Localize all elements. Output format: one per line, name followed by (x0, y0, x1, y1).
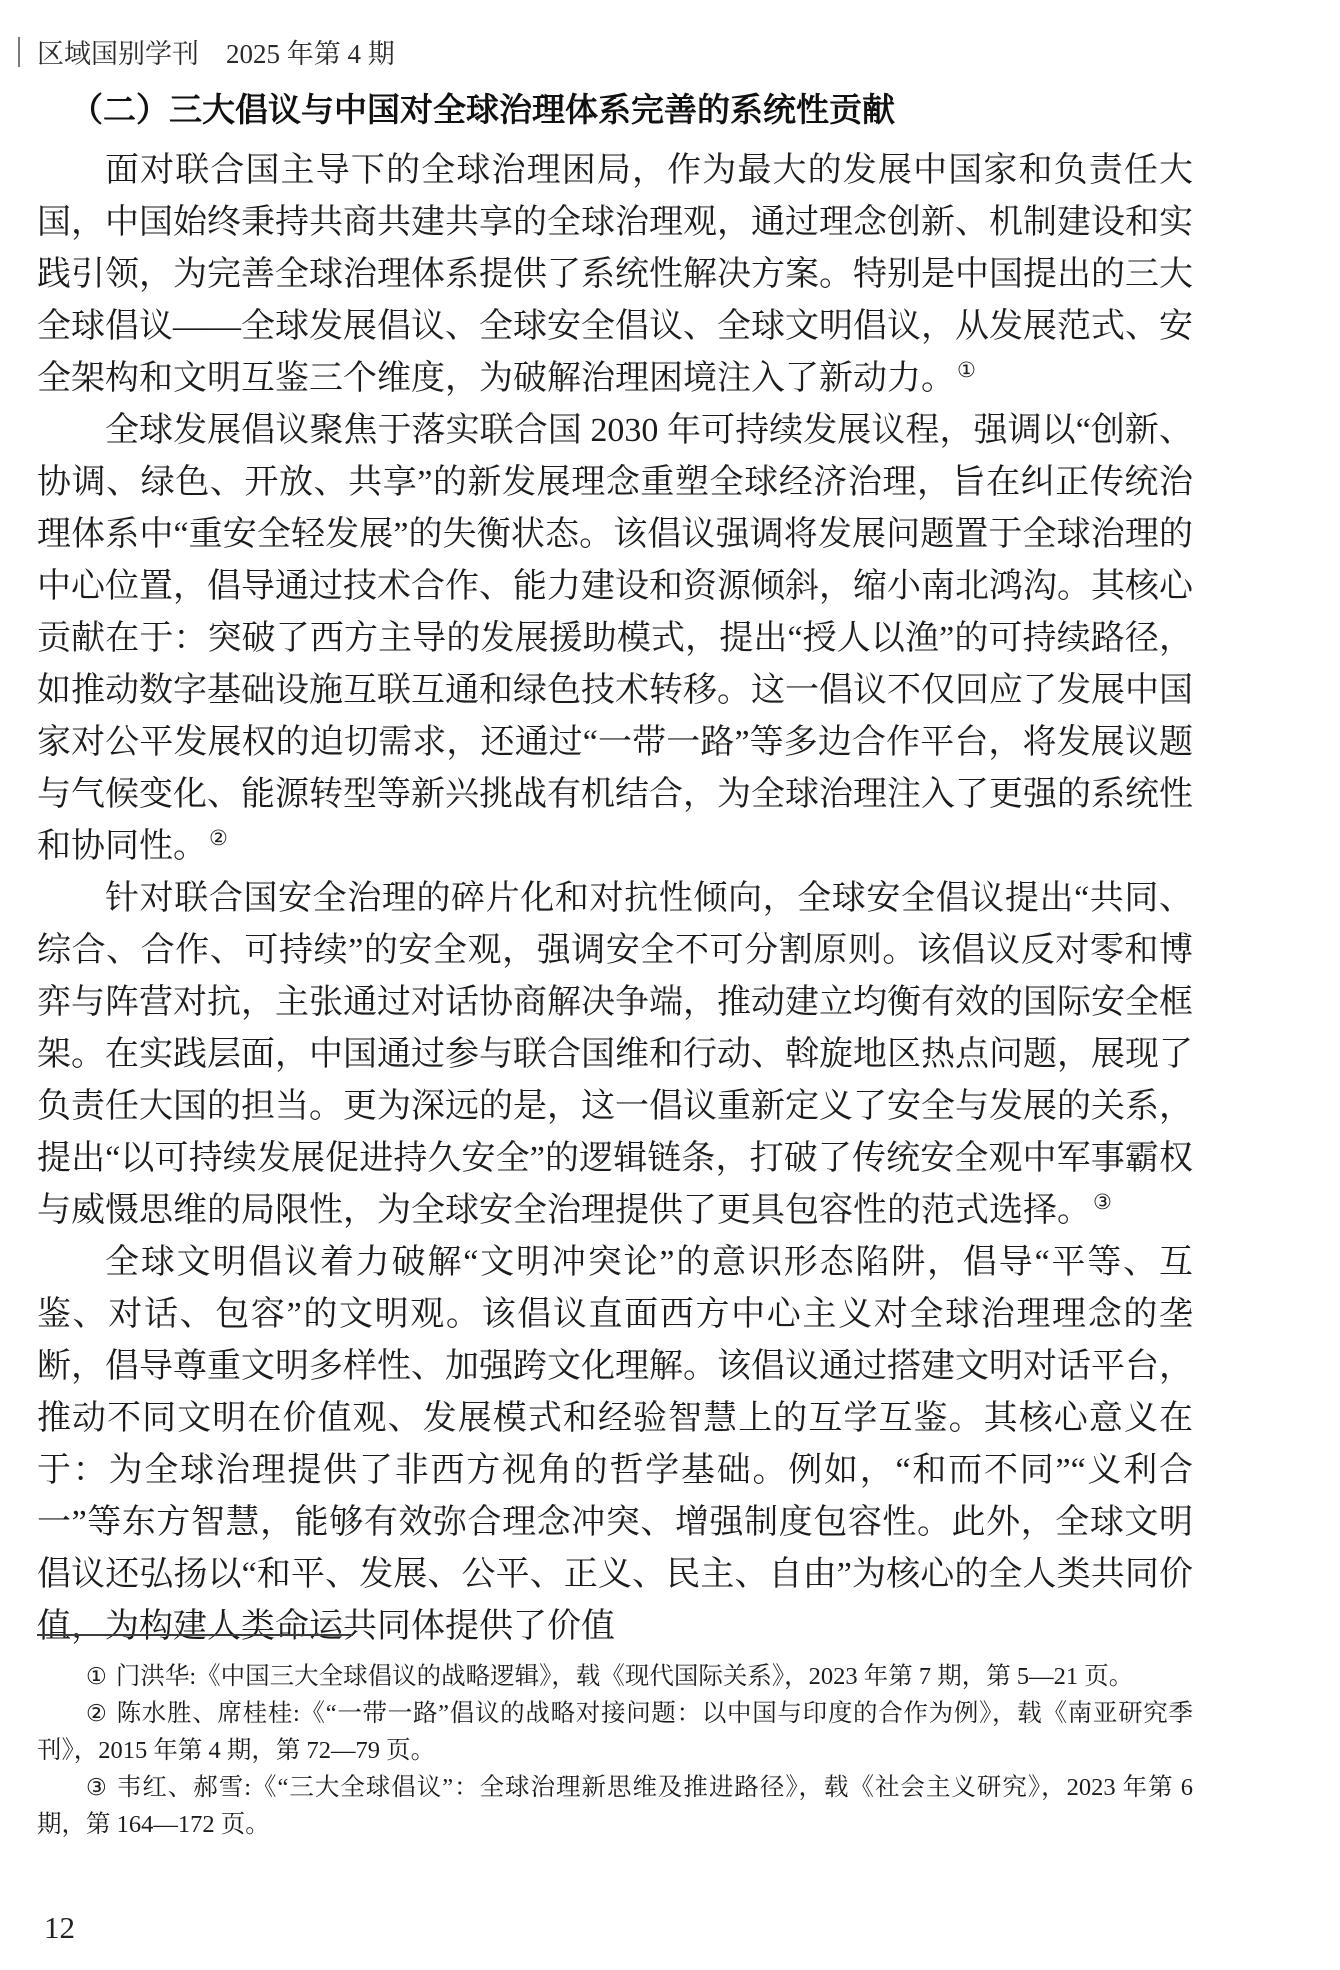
footnote-3-text: 韦红、郝雪:《“三大全球倡议”：全球治理新思维及推进路径》，载《社会主义研究》，… (37, 1774, 1193, 1838)
footnote-ref-2: ② (209, 825, 228, 850)
journal-page: 区域国别学刊 2025 年第 4 期 （二）三大倡议与中国对全球治理体系完善的系… (0, 0, 1340, 1970)
paragraph-3-text: 针对联合国安全治理的碎片化和对抗性倾向，全球安全倡议提出“共同、综合、合作、可持… (37, 880, 1193, 1229)
footnote-ref-3: ③ (1093, 1189, 1112, 1214)
paragraph-4: 全球文明倡议着力破解“文明冲突论”的意识形态陷阱，倡导“平等、互鉴、对话、包容”… (37, 1237, 1193, 1653)
section-heading: （二）三大倡议与中国对全球治理体系完善的系统性贡献 (70, 88, 1193, 132)
footnote-3: ③韦红、郝雪:《“三大全球倡议”：全球治理新思维及推进路径》，载《社会主义研究》… (37, 1769, 1193, 1843)
paragraph-2: 全球发展倡议聚焦于落实联合国 2030 年可持续发展议程，强调以“创新、协调、绿… (37, 405, 1193, 873)
running-header: 区域国别学刊 2025 年第 4 期 (18, 32, 395, 71)
footnote-separator-rule (37, 1634, 353, 1636)
footnote-2-text: 陈水胜、席桂桂:《“一带一路”倡议的战略对接问题：以中国与印度的合作为例》，载《… (37, 1700, 1193, 1764)
footnote-1: ①门洪华:《中国三大全球倡议的战略逻辑》，载《现代国际关系》，2023 年第 7… (37, 1658, 1193, 1695)
footnote-2-marker: ② (86, 1700, 108, 1727)
article-body: （二）三大倡议与中国对全球治理体系完善的系统性贡献 面对联合国主导下的全球治理困… (37, 88, 1193, 1653)
footnote-2: ②陈水胜、席桂桂:《“一带一路”倡议的战略对接问题：以中国与印度的合作为例》，载… (37, 1695, 1193, 1769)
paragraph-2-text: 全球发展倡议聚焦于落实联合国 2030 年可持续发展议程，强调以“创新、协调、绿… (37, 412, 1193, 865)
header-divider-bar (18, 37, 20, 67)
page-number: 12 (44, 1910, 75, 1946)
footnote-1-text: 门洪华:《中国三大全球倡议的战略逻辑》，载《现代国际关系》，2023 年第 7 … (116, 1663, 1133, 1690)
journal-title: 区域国别学刊 (37, 32, 199, 71)
footnotes-section: ①门洪华:《中国三大全球倡议的战略逻辑》，载《现代国际关系》，2023 年第 7… (37, 1634, 1193, 1843)
footnote-3-marker: ③ (86, 1774, 108, 1801)
paragraph-4-text: 全球文明倡议着力破解“文明冲突论”的意识形态陷阱，倡导“平等、互鉴、对话、包容”… (37, 1244, 1193, 1645)
footnote-ref-1: ① (957, 357, 976, 382)
paragraph-1-text: 面对联合国主导下的全球治理困局，作为最大的发展中国家和负责任大国，中国始终秉持共… (37, 152, 1193, 397)
paragraph-3: 针对联合国安全治理的碎片化和对抗性倾向，全球安全倡议提出“共同、综合、合作、可持… (37, 873, 1193, 1237)
journal-issue: 2025 年第 4 期 (226, 32, 395, 71)
footnote-1-marker: ① (86, 1663, 107, 1690)
paragraph-1: 面对联合国主导下的全球治理困局，作为最大的发展中国家和负责任大国，中国始终秉持共… (37, 145, 1193, 405)
